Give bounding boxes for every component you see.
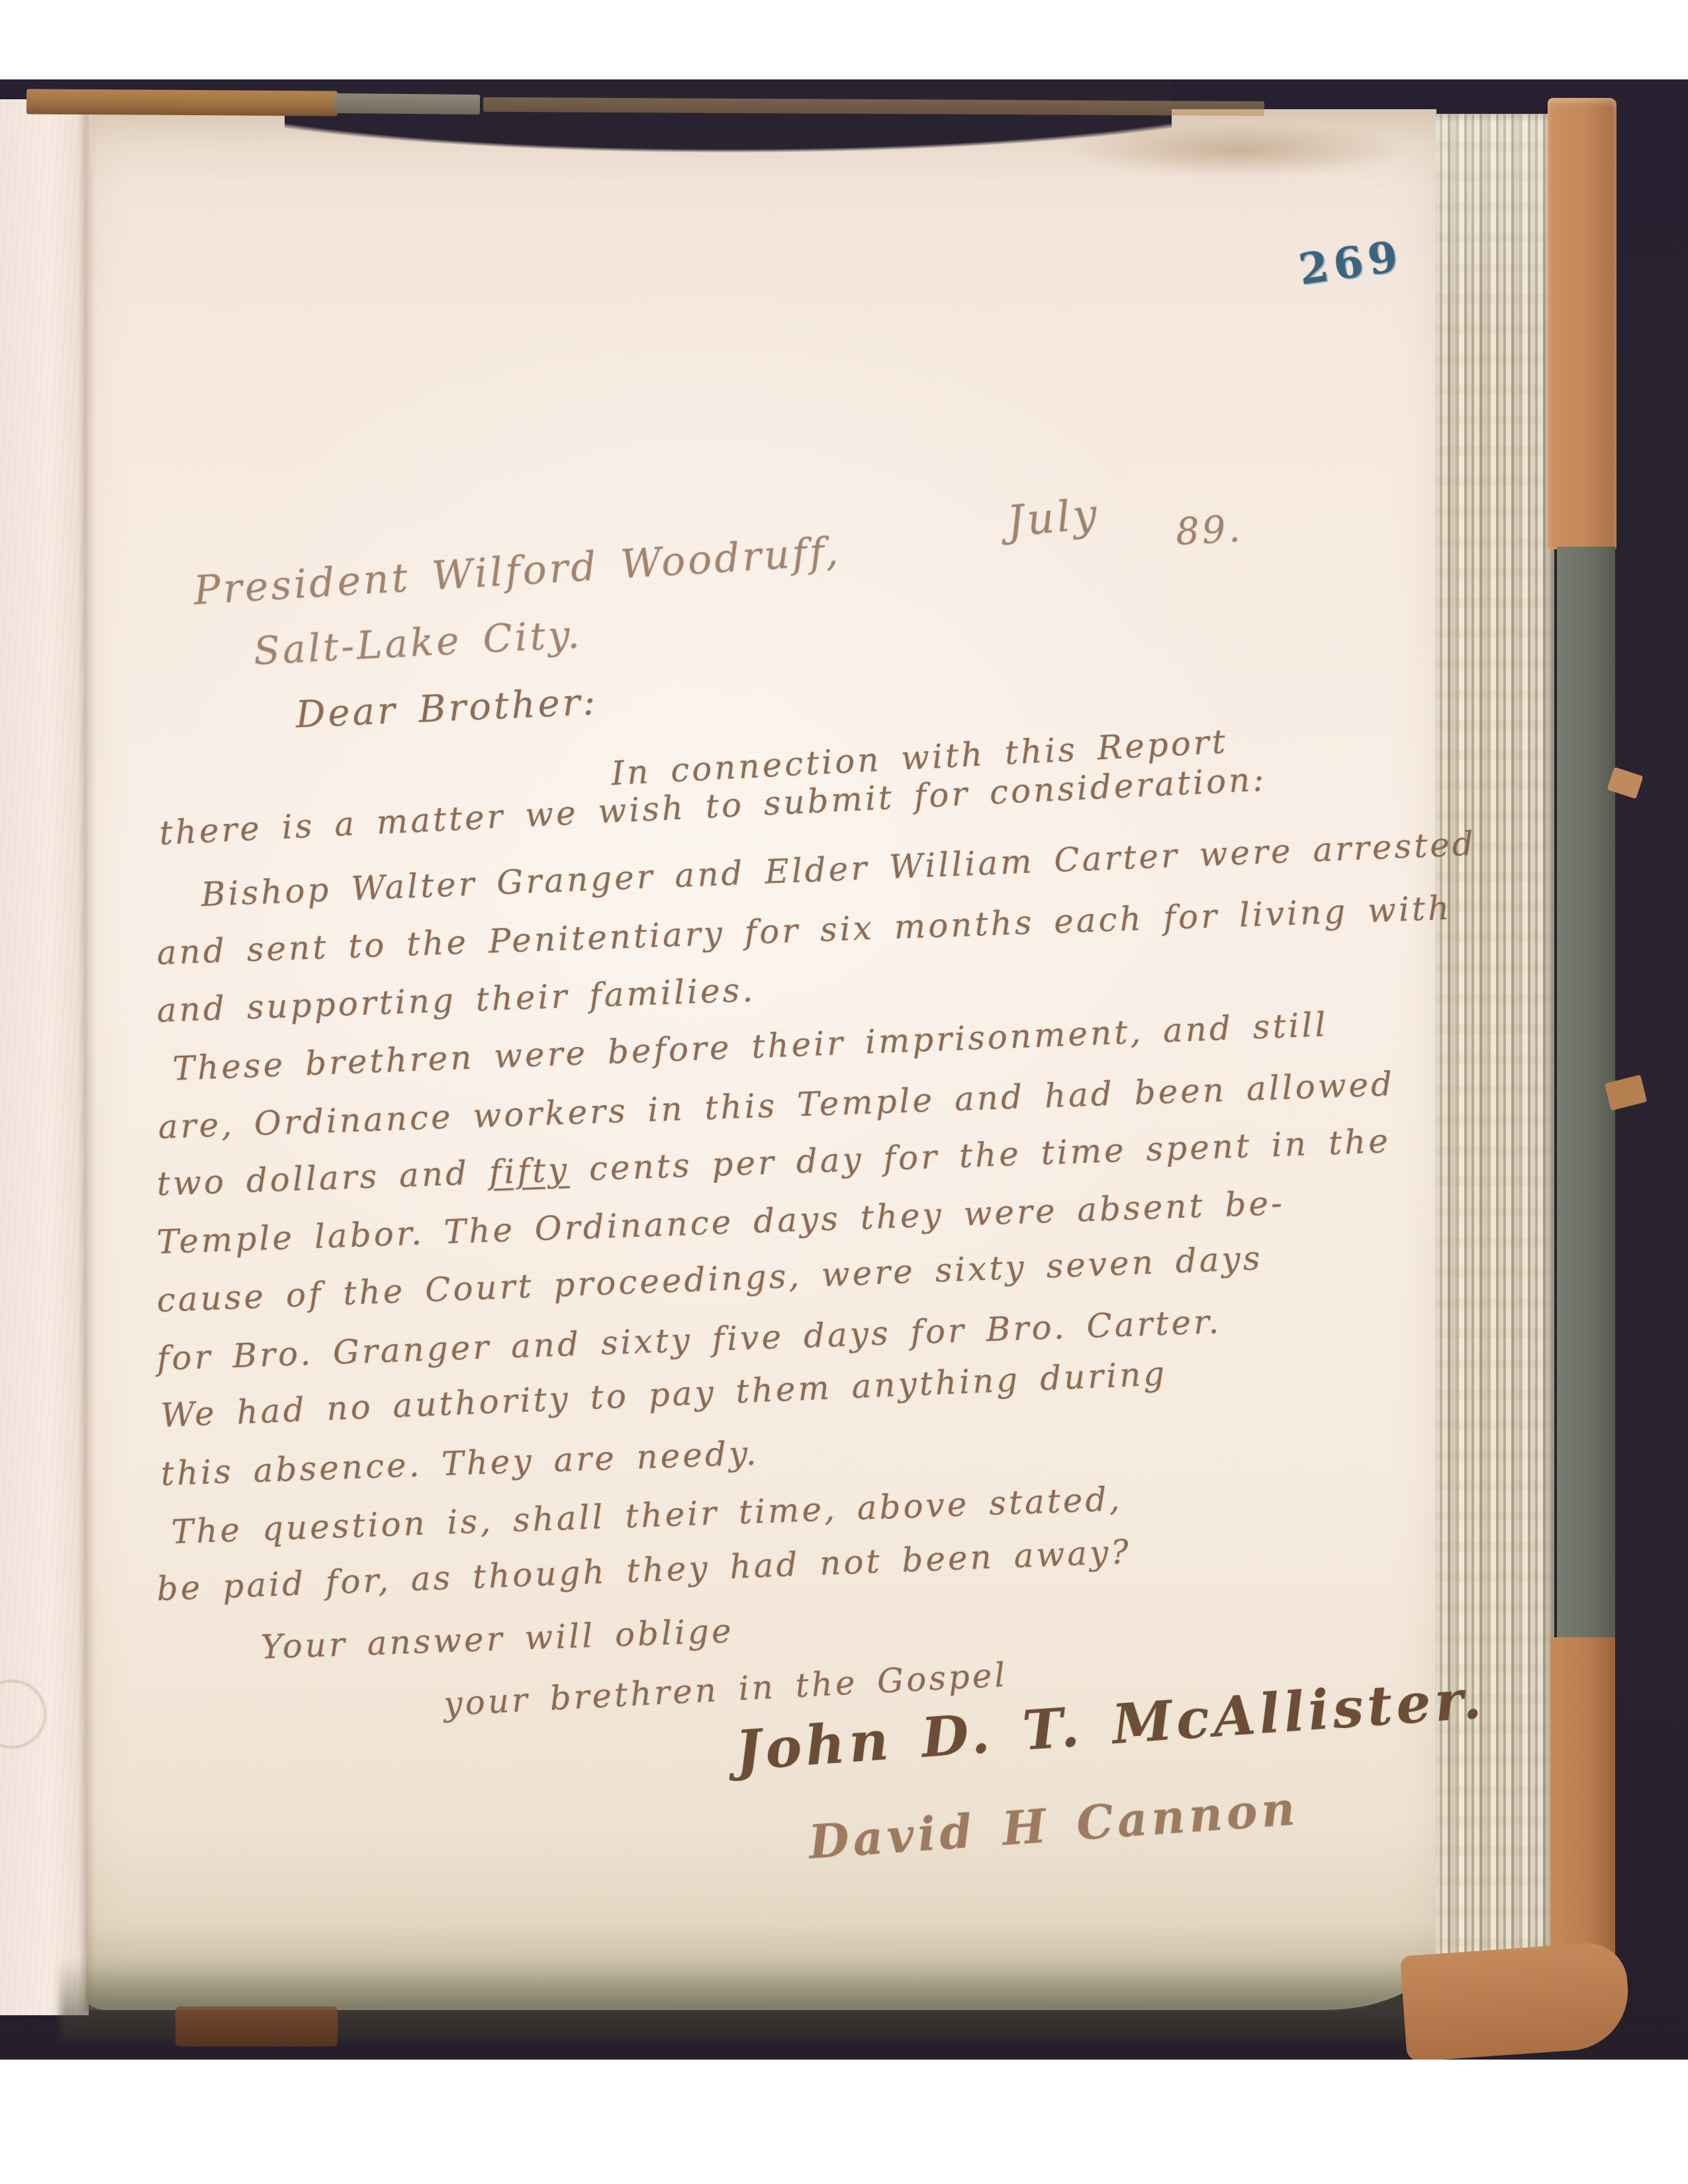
date-month: July bbox=[1006, 490, 1102, 547]
date-year: 89. bbox=[1175, 508, 1244, 554]
scan-margin-bottom bbox=[0, 2060, 1688, 2184]
scan-margin-top bbox=[0, 0, 1688, 79]
underlined-word: fifty bbox=[489, 1150, 570, 1191]
gutter-crease bbox=[78, 106, 95, 2012]
cover-edge-tan-bottom bbox=[1550, 1637, 1615, 1968]
cover-edge-tan-top bbox=[1548, 98, 1617, 549]
top-leather-edge bbox=[26, 89, 338, 116]
cover-patch-bottom-left bbox=[175, 2007, 338, 2046]
top-cover-fragment bbox=[334, 93, 480, 114]
page-bottom-curvature bbox=[86, 1923, 1436, 2010]
scanned-letterbook-photo: 269 July 89. President Wilford Woodruff,… bbox=[0, 0, 1688, 2184]
